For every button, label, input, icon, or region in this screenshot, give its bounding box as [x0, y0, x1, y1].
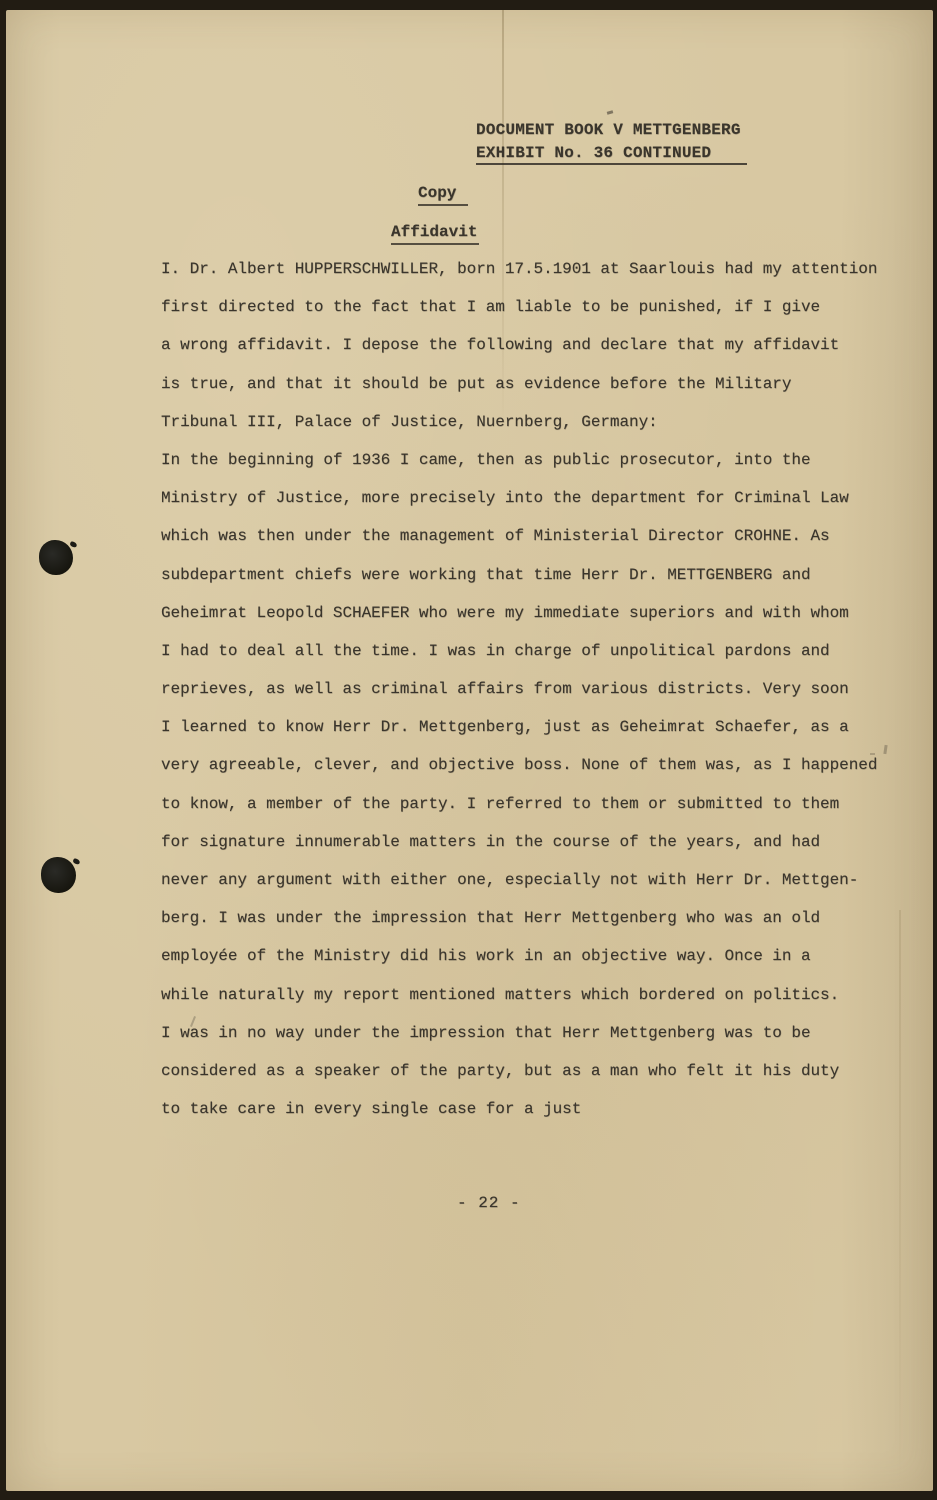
- typed-line: very agreeable, clever, and objective bo…: [161, 756, 931, 794]
- typed-line: I was in no way under the impression tha…: [161, 1024, 931, 1062]
- typed-line: I had to deal all the time. I was in cha…: [161, 642, 931, 680]
- affidavit-body: I. Dr. Albert HUPPERSCHWILLER, born 17.5…: [161, 260, 931, 1138]
- typed-line: reprieves, as well as criminal affairs f…: [161, 680, 931, 718]
- typed-line: while naturally my report mentioned matt…: [161, 986, 931, 1024]
- typed-line: for signature innumerable matters in the…: [161, 833, 931, 871]
- typed-line: employée of the Ministry did his work in…: [161, 947, 931, 985]
- typed-line: Geheimrat Leopold SCHAEFER who were my i…: [161, 604, 931, 642]
- header-book-title: DOCUMENT BOOK V METTGENBERG: [476, 121, 747, 144]
- typed-line: never any argument with either one, espe…: [161, 871, 931, 909]
- typed-line: to take care in every single case for a …: [161, 1100, 931, 1138]
- typed-line: a wrong affidavit. I depose the followin…: [161, 336, 931, 374]
- header-exhibit-text: EXHIBIT No. 36 CONTINUED: [476, 144, 747, 165]
- typed-line: to know, a member of the party. I referr…: [161, 795, 931, 833]
- typed-line: I learned to know Herr Dr. Mettgenberg, …: [161, 718, 931, 756]
- punch-hole-top: [39, 540, 73, 575]
- typed-line: is true, and that it should be put as ev…: [161, 375, 931, 413]
- typed-line: first directed to the fact that I am lia…: [161, 298, 931, 336]
- typed-line: which was then under the management of M…: [161, 527, 931, 565]
- copy-label: Copy: [418, 184, 468, 206]
- document-header: DOCUMENT BOOK V METTGENBERG EXHIBIT No. …: [476, 121, 747, 167]
- typed-line: In the beginning of 1936 I came, then as…: [161, 451, 931, 489]
- typed-line: subdepartment chiefs were working that t…: [161, 566, 931, 604]
- typed-line: Ministry of Justice, more precisely into…: [161, 489, 931, 527]
- typed-line: I. Dr. Albert HUPPERSCHWILLER, born 17.5…: [161, 260, 931, 298]
- paper-sheet: DOCUMENT BOOK V METTGENBERG EXHIBIT No. …: [6, 10, 933, 1491]
- paper-speck: [607, 110, 614, 114]
- header-exhibit-line: EXHIBIT No. 36 CONTINUED: [476, 144, 747, 167]
- page-number: - 22 -: [457, 1194, 521, 1212]
- punch-hole-bottom: [41, 857, 76, 893]
- typed-line: berg. I was under the impression that He…: [161, 909, 931, 947]
- scanned-page: DOCUMENT BOOK V METTGENBERG EXHIBIT No. …: [0, 0, 937, 1500]
- typed-line: Tribunal III, Palace of Justice, Nuernbe…: [161, 413, 931, 451]
- affidavit-title: Affidavit: [391, 223, 479, 245]
- typed-line: considered as a speaker of the party, bu…: [161, 1062, 931, 1100]
